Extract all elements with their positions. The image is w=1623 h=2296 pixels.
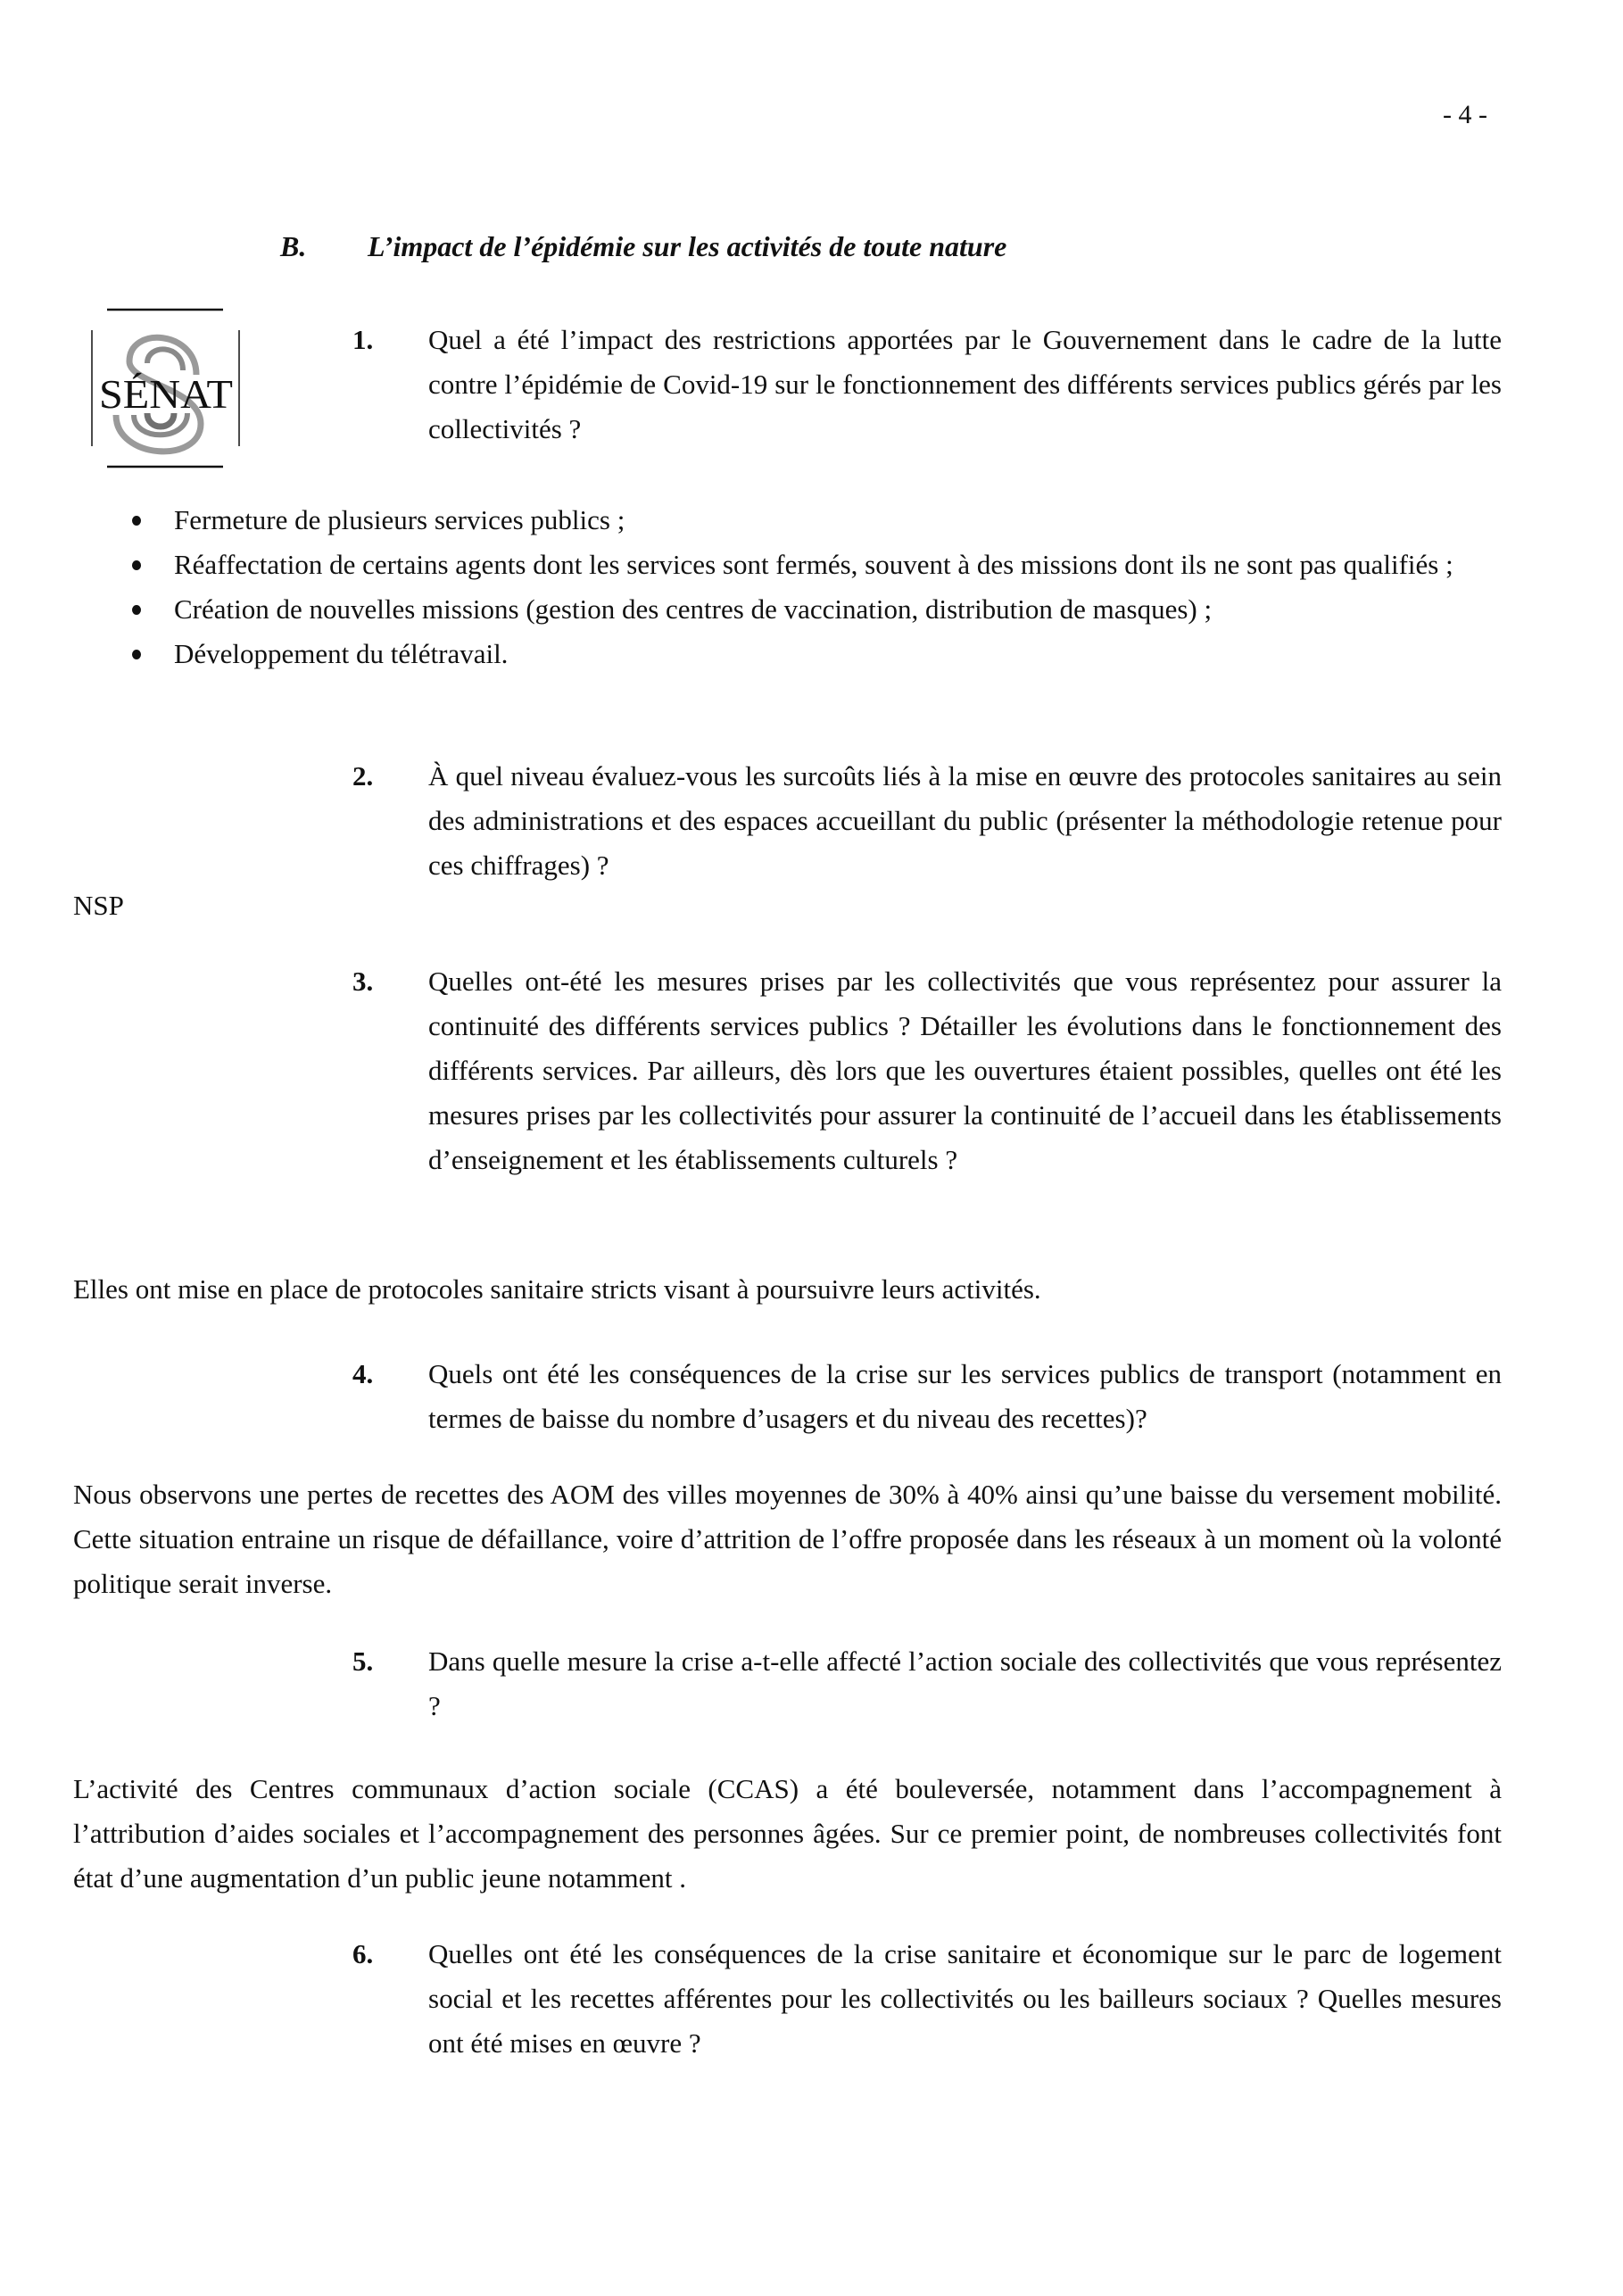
question-number: 2. — [352, 754, 373, 799]
answer-bullet-list: Fermeture de plusieurs services publics … — [132, 498, 1506, 676]
list-item: Création de nouvelles missions (gestion … — [132, 587, 1506, 632]
bullet-icon — [132, 560, 141, 570]
bullet-icon — [132, 605, 141, 615]
question-number: 6. — [352, 1932, 373, 1977]
question-text: Quelles ont-été les mesures prises par l… — [428, 959, 1502, 1182]
list-item: Réaffectation de certains agents dont le… — [132, 543, 1506, 587]
answer-text: NSP — [73, 883, 124, 928]
senat-logo-icon: SÉNAT — [89, 308, 243, 468]
bullet-icon — [132, 516, 141, 526]
section-title: L’impact de l’épidémie sur les activités… — [368, 230, 1006, 263]
senat-logo: SÉNAT — [89, 308, 243, 468]
answer-text: Nous observons une pertes de recettes de… — [73, 1472, 1502, 1606]
question-text: Quelles ont été les conséquences de la c… — [428, 1932, 1502, 2066]
svg-text:SÉNAT: SÉNAT — [99, 371, 233, 417]
list-item: Fermeture de plusieurs services publics … — [132, 498, 1506, 543]
answer-text: Elles ont mise en place de protocoles sa… — [73, 1267, 1502, 1312]
list-item: Développement du télétravail. — [132, 632, 1506, 676]
question-number: 3. — [352, 959, 373, 1004]
page-number: - 4 - — [1443, 100, 1487, 130]
bullet-icon — [132, 650, 141, 659]
question-number: 4. — [352, 1352, 373, 1397]
question-text: À quel niveau évaluez-vous les surcoûts … — [428, 754, 1502, 888]
question-text: Quel a été l’impact des restrictions app… — [428, 318, 1502, 452]
question-number: 1. — [352, 318, 373, 362]
question-text: Quels ont été les conséquences de la cri… — [428, 1352, 1502, 1441]
question-text: Dans quelle mesure la crise a-t-elle aff… — [428, 1639, 1502, 1728]
question-number: 5. — [352, 1639, 373, 1684]
section-letter: B. — [280, 230, 306, 263]
answer-text: L’activité des Centres communaux d’actio… — [73, 1767, 1502, 1901]
